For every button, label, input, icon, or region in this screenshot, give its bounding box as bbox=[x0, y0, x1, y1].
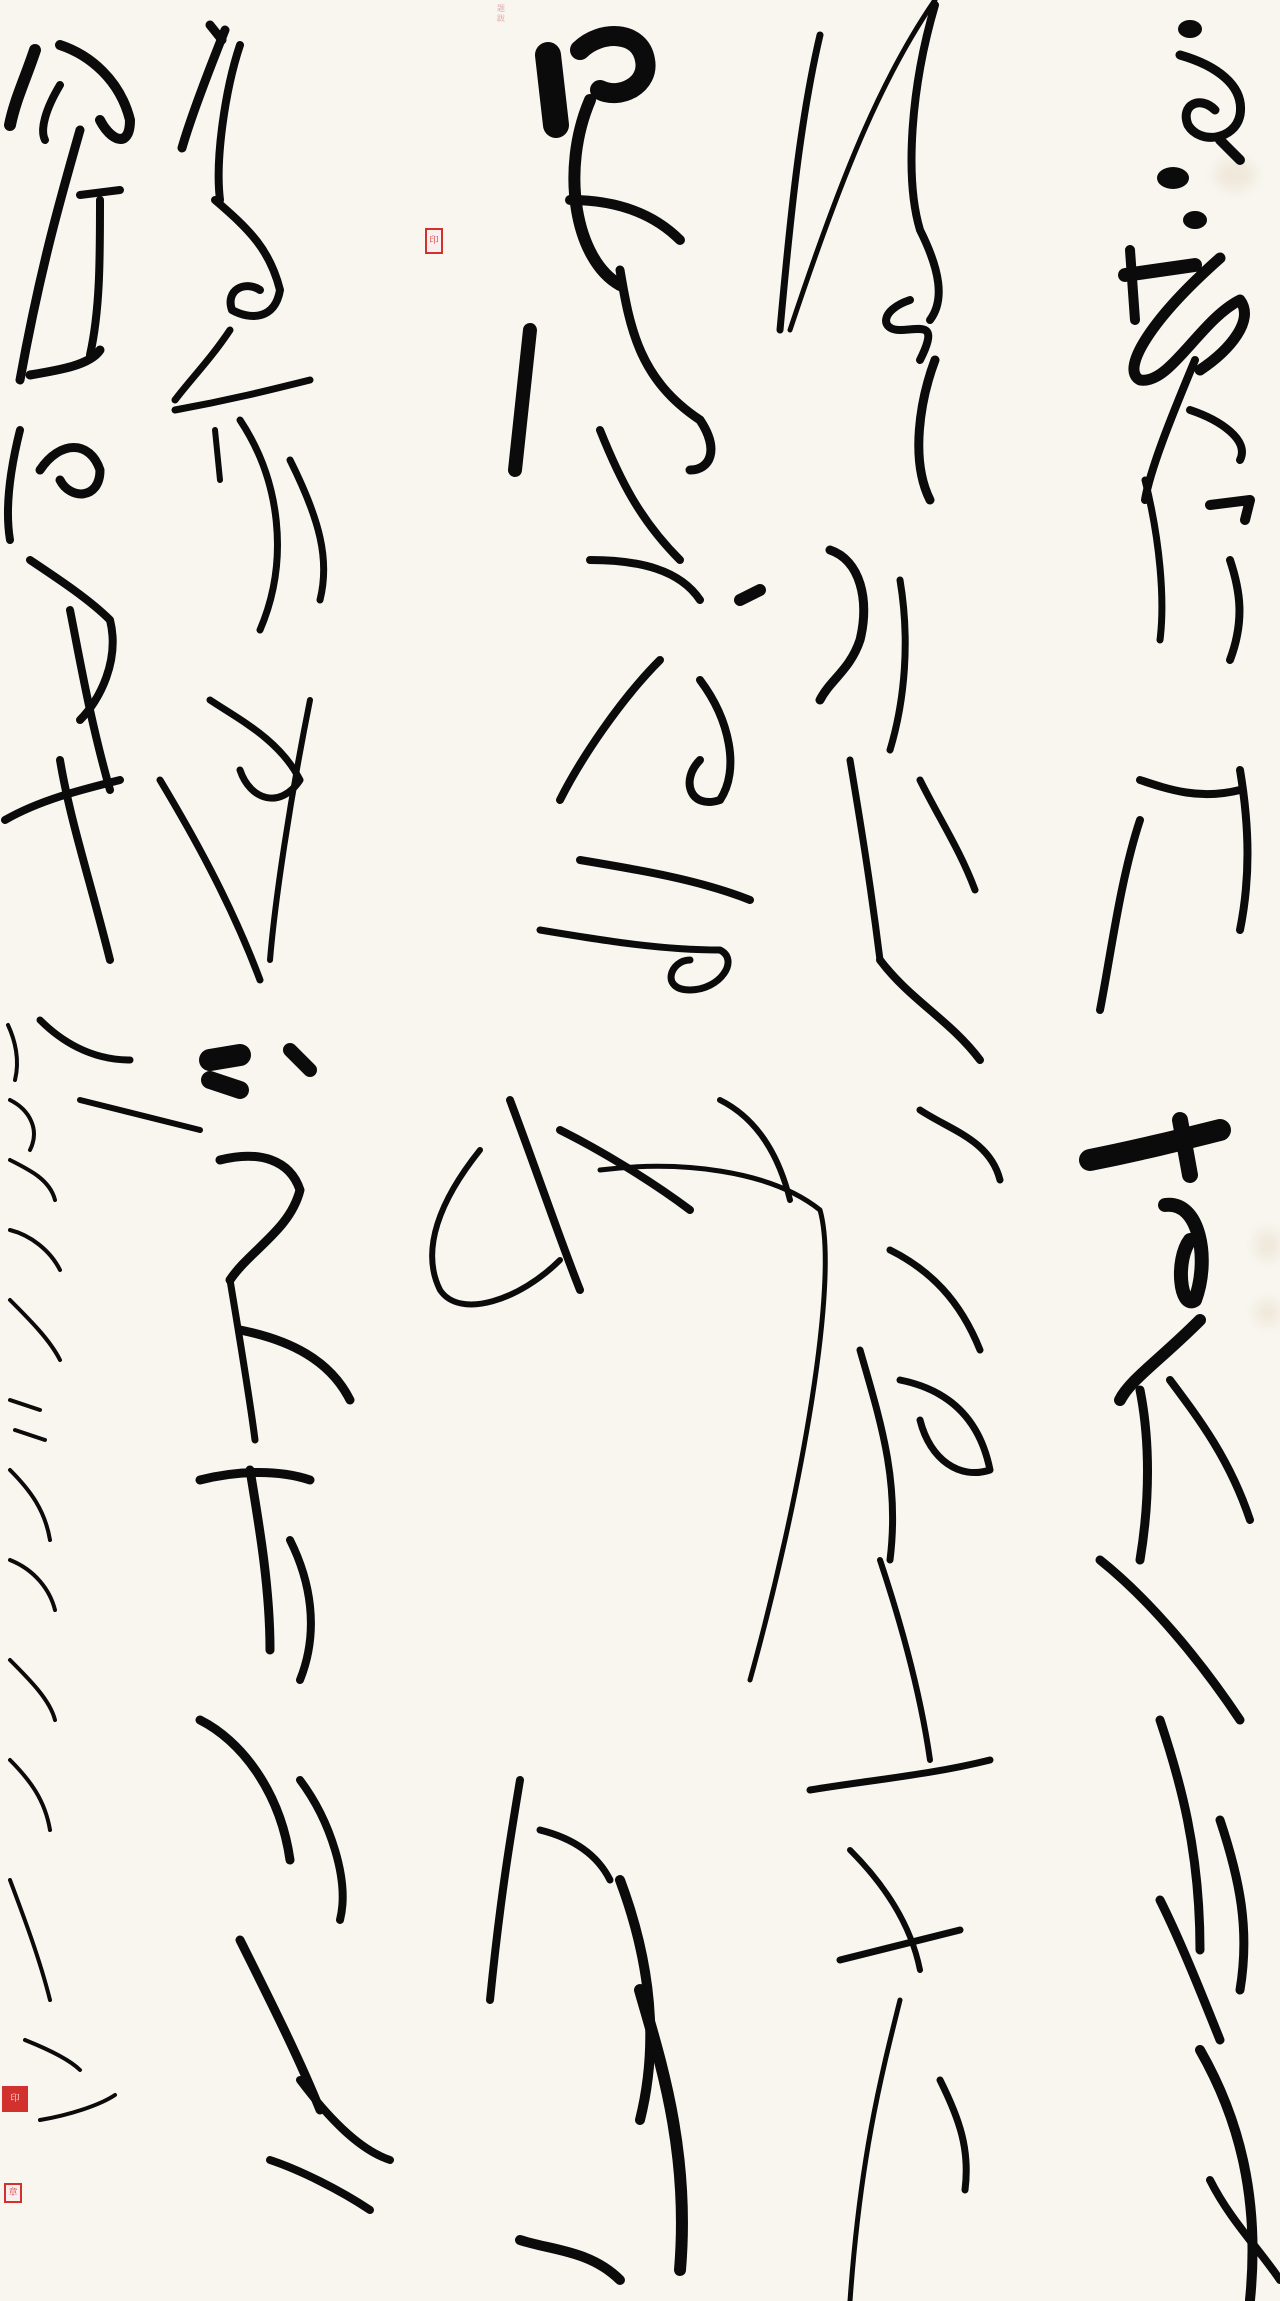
ink-strokes bbox=[0, 0, 1280, 2301]
seal-signature-1: 印 bbox=[2, 2086, 28, 2112]
column-3-strokes bbox=[432, 36, 825, 2280]
column-4-strokes bbox=[160, 25, 390, 2210]
seal-signature-2: 章 bbox=[4, 2183, 22, 2203]
calligraphy-scroll: 题跋 bbox=[0, 0, 1280, 2301]
column-5-strokes bbox=[5, 45, 200, 1130]
signature-strokes bbox=[8, 1025, 115, 2120]
column-1-strokes bbox=[1090, 20, 1280, 2300]
column-2-strokes bbox=[780, 0, 1000, 2301]
seal-upper-center: 印 bbox=[425, 228, 443, 254]
